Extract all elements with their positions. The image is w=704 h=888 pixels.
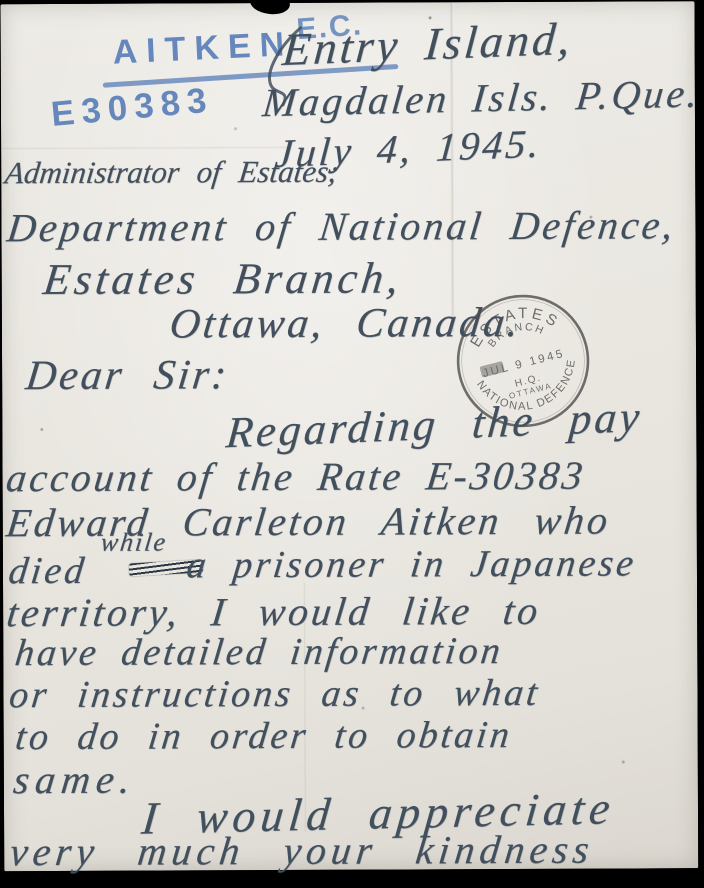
recipient-line-3: Estates Branch, [41,252,406,305]
pencil-service-number: E30383 [49,80,215,135]
body-line: Edward Carleton Aitken who [4,497,613,547]
stamp-date-text: JUL 9 1945 [481,347,566,380]
sender-address-line-1: Entry Island, [280,12,575,76]
body-line: very much your kindness [7,826,596,876]
body-line: a prisoner in Japanese [184,541,638,587]
recipient-line-1: Administrator of Estates; [3,154,341,191]
body-line: same. [11,756,139,804]
paper-crease [1,146,291,150]
body-line: have detailed information [13,629,506,675]
body-line: Regarding the pay [224,391,644,458]
sender-address-line-2: Magdalen Isls. P.Que. [261,70,703,127]
body-line: to do in order to obtain [13,713,515,759]
scanned-letter-photo: E.C. AITKEN E30383 Entry Island, Magdale… [0,0,704,888]
recipient-line-2: Department of National Defence, [5,201,679,251]
letter-paper: E.C. AITKEN E30383 Entry Island, Magdale… [0,1,698,871]
body-line: or instructions as to what [7,671,543,717]
body-word-died: died [6,549,89,593]
inserted-word-while: while [99,527,169,557]
stamp-arc-top-text: ESTATES [462,295,566,353]
body-line: account of the Rate E-30383 [4,452,588,502]
salutation: Dear Sir: [23,351,232,400]
